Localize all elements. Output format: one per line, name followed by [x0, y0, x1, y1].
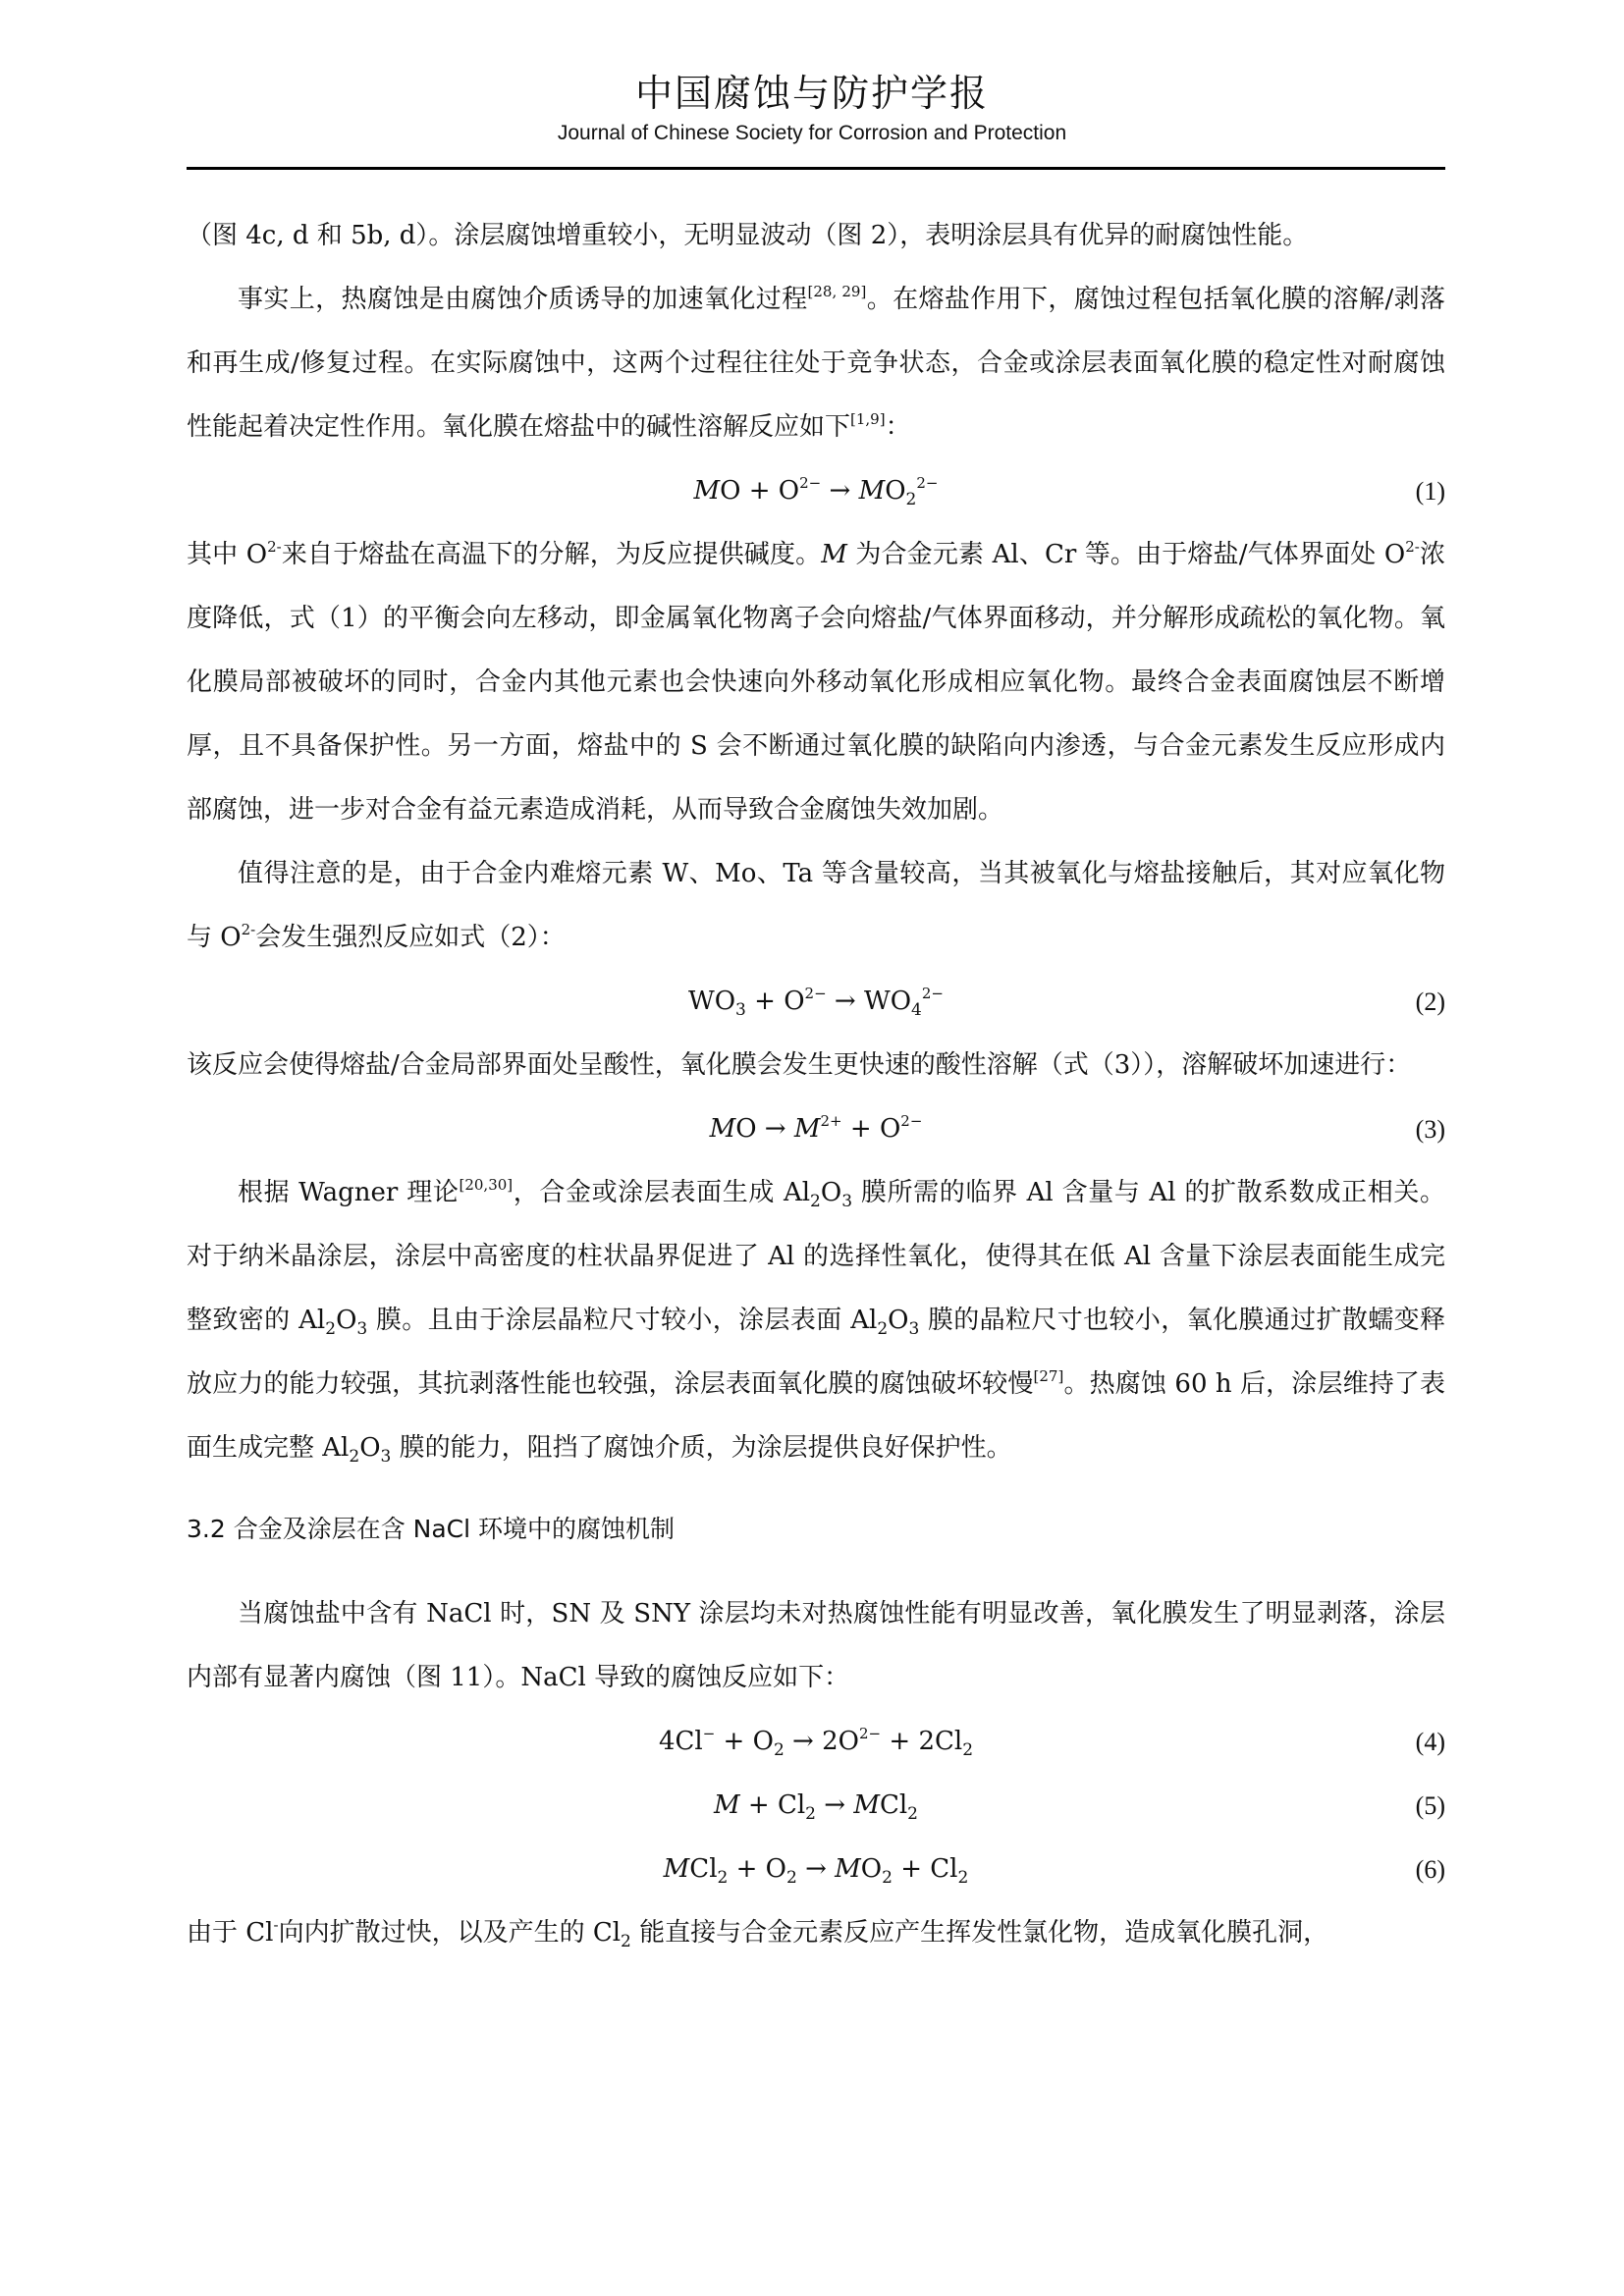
citation[interactable]: [27]	[1034, 1367, 1064, 1385]
equation-number: (6)	[1416, 1838, 1445, 1901]
equation-3: MO → M2+ + O2− (3)	[187, 1097, 1445, 1161]
equation-number: (5)	[1416, 1774, 1445, 1838]
paragraph: 该反应会使得熔盐/合金局部界面处呈酸性，氧化膜会发生更快速的酸性溶解（式（3））…	[187, 1034, 1445, 1097]
header-rule	[187, 167, 1445, 170]
citation[interactable]: [1,9]	[850, 410, 886, 428]
journal-header: 中国腐蚀与防护学报 Journal of Chinese Society for…	[0, 69, 1624, 147]
equation-number: (2)	[1416, 970, 1445, 1034]
article-body: （图 4c, d 和 5b, d）。涂层腐蚀增重较小，无明显波动（图 2），表明…	[187, 204, 1445, 1965]
journal-title-en: Journal of Chinese Society for Corrosion…	[0, 120, 1624, 147]
paragraph: （图 4c, d 和 5b, d）。涂层腐蚀增重较小，无明显波动（图 2），表明…	[187, 204, 1445, 268]
equation-2: WO3 + O2− → WO42− (2)	[187, 970, 1445, 1034]
equation-6: MCl2 + O2 → MO2 + Cl2 (6)	[187, 1838, 1445, 1901]
paragraph: 当腐蚀盐中含有 NaCl 时，SN 及 SNY 涂层均未对热腐蚀性能有明显改善，…	[187, 1582, 1445, 1710]
paragraph: 其中 O2-来自于熔盐在高温下的分解，为反应提供碱度。M 为合金元素 Al、Cr…	[187, 523, 1445, 842]
section-heading: 3.2 合金及涂层在含 NaCl 环境中的腐蚀机制	[187, 1500, 1445, 1559]
equation-number: (4)	[1416, 1710, 1445, 1774]
equation-number: (3)	[1416, 1097, 1445, 1161]
paragraph: 根据 Wagner 理论[20,30]，合金或涂层表面生成 Al2O3 膜所需的…	[187, 1161, 1445, 1480]
equation-number: (1)	[1416, 459, 1445, 523]
citation[interactable]: [28, 29]	[808, 283, 867, 300]
equation-1: MO + O2− → MO22− (1)	[187, 459, 1445, 523]
paragraph: 事实上，热腐蚀是由腐蚀介质诱导的加速氧化过程[28, 29]。在熔盐作用下，腐蚀…	[187, 268, 1445, 459]
equation-4: 4Cl− + O2 → 2O2− + 2Cl2 (4)	[187, 1710, 1445, 1774]
journal-title-cn: 中国腐蚀与防护学报	[0, 69, 1624, 118]
equation-5: M + Cl2 → MCl2 (5)	[187, 1774, 1445, 1838]
paragraph: 值得注意的是，由于合金内难熔元素 W、Mo、Ta 等含量较高，当其被氧化与熔盐接…	[187, 842, 1445, 970]
paragraph: 由于 Cl-向内扩散过快，以及产生的 Cl2 能直接与合金元素反应产生挥发性氯化…	[187, 1901, 1445, 1965]
citation[interactable]: [20,30]	[459, 1176, 513, 1194]
